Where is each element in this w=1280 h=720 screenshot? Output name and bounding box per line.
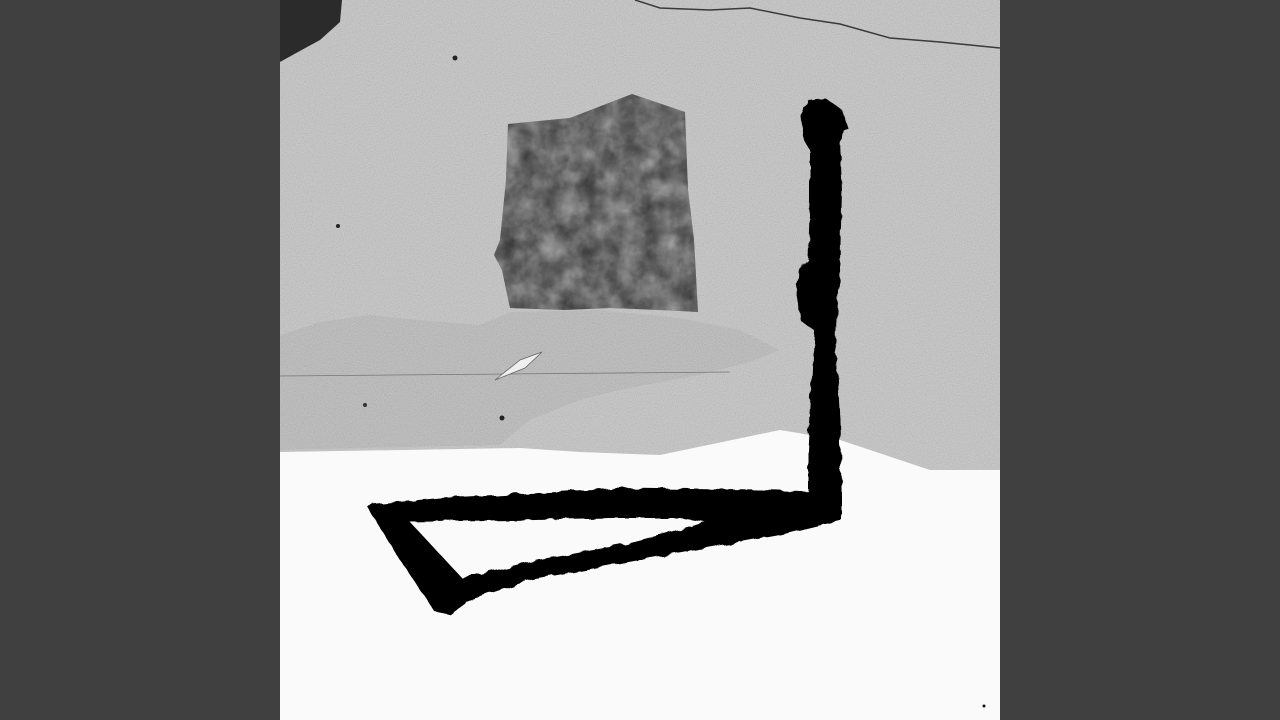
speck (363, 403, 367, 407)
video-frame: Abstract black-and-white collage artwork… (0, 0, 1280, 720)
speck (500, 416, 505, 421)
album-artwork: Abstract black-and-white collage artwork… (280, 0, 1000, 720)
speck (983, 705, 986, 708)
speck (336, 224, 340, 228)
dark-torn-square (494, 94, 698, 312)
speck (453, 56, 458, 61)
artwork-canvas (280, 0, 1000, 720)
